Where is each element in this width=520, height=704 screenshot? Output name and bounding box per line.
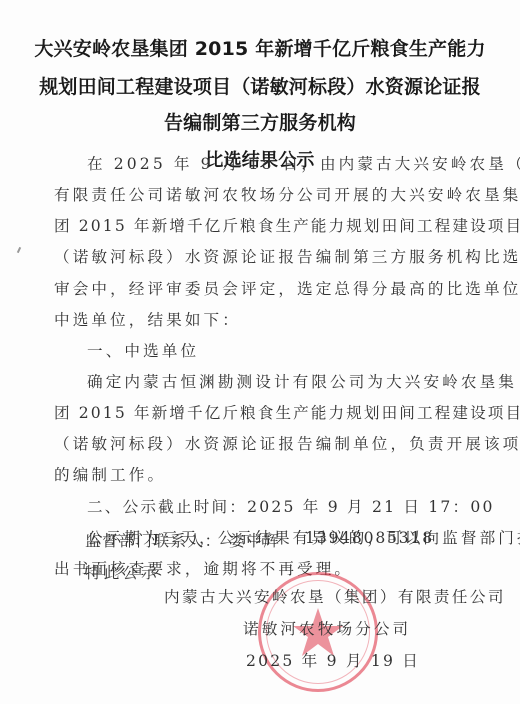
body-line: 有限责任公司诺敏河农牧场分公司开展的大兴安岭农垦集: [54, 183, 520, 205]
body-line: 审会中，经评审委员会评定，选定总得分最高的比选单位为: [54, 277, 520, 299]
contact-label: 监督部门联系人：: [85, 529, 222, 551]
section-heading-1: 一、中选单位: [87, 339, 199, 361]
body-line: 团 2015 年新增千亿斤粮食生产能力规划田间工程建设项目: [54, 214, 520, 236]
body-line: 确定内蒙古恒渊勘测设计有限公司为大兴安岭农垦集: [87, 370, 517, 392]
body-line: 中选单位，结果如下：: [54, 308, 241, 330]
body-line: （诺敏河标段）水资源论证报告编制单位，负责开展该项目: [54, 432, 520, 454]
body-line: 在 2025 年 9 月 18 日，由内蒙古大兴安岭农垦（集团）: [87, 152, 520, 174]
contact-phone: 13948085318: [305, 529, 434, 547]
signature-date: 2025 年 9 月 19 日: [246, 649, 420, 671]
title-line-2: 规划田间工程建设项目（诺敏河标段）水资源论证报: [0, 72, 520, 99]
title-line-3: 告编制第三方服务机构: [0, 108, 520, 135]
signature-org: 内蒙古大兴安岭农垦（集团）有限责任公司: [164, 585, 506, 607]
title-line-1: 大兴安岭农垦集团 2015 年新增千亿斤粮食生产能力: [0, 34, 520, 61]
closing-text: 特此公示: [85, 561, 160, 583]
body-line: （诺敏河标段）水资源论证报告编制第三方服务机构比选评: [54, 245, 520, 267]
body-line: 的编制工作。: [54, 463, 166, 485]
announcement-document: 大兴安岭农垦集团 2015 年新增千亿斤粮食生产能力 规划田间工程建设项目（诺敏…: [0, 0, 520, 704]
signature-branch: 诺敏河农牧场分公司: [243, 617, 411, 639]
body-line: 团 2015 年新增千亿斤粮食生产能力规划田间工程建设项目: [54, 401, 520, 423]
scan-mark: [17, 247, 21, 253]
section-heading-2: 二、公示截止时间：2025 年 9 月 21 日 17：00: [87, 495, 495, 517]
contact-name: 娄中辉: [229, 529, 280, 551]
